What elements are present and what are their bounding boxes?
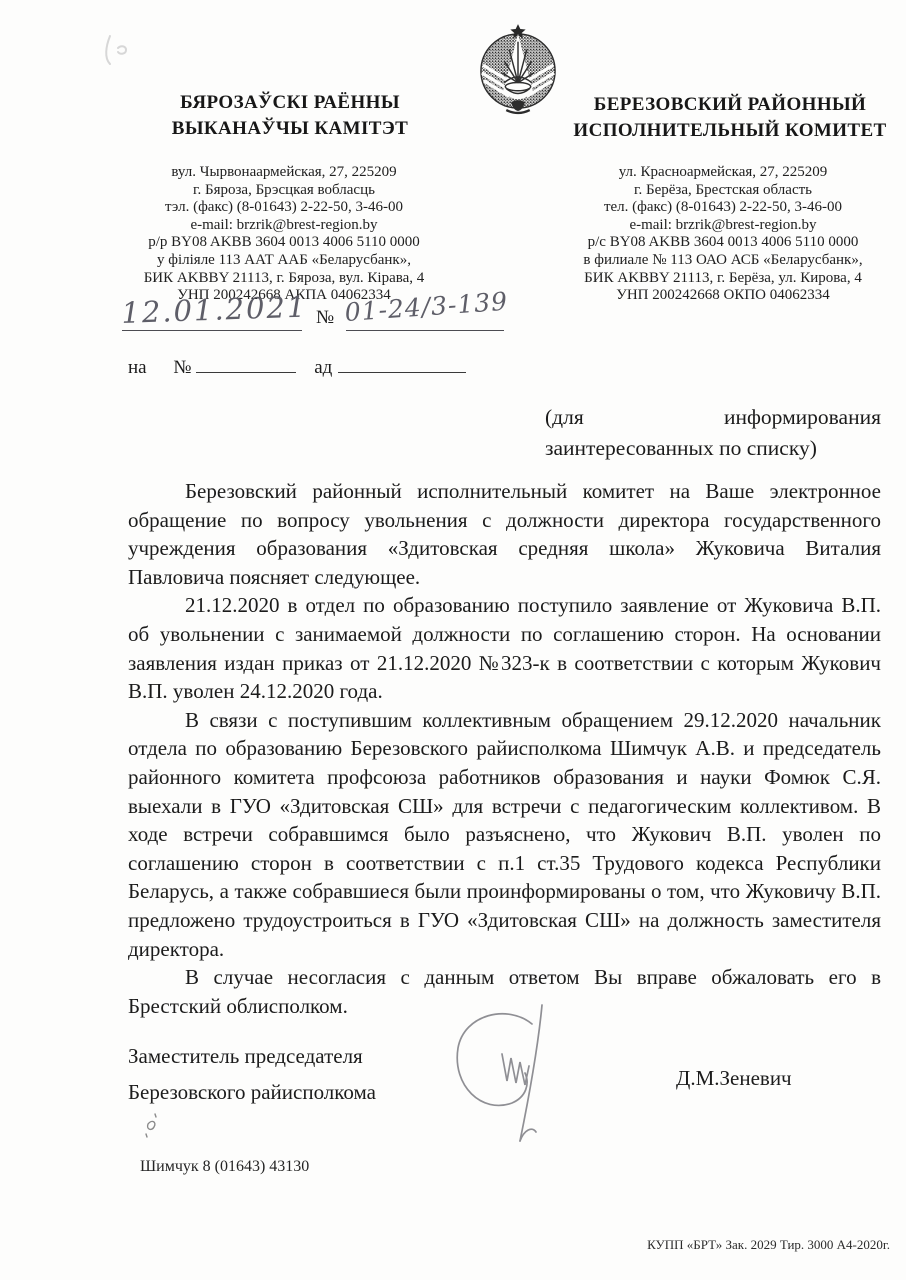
addr-line: г. Берёза, Брестская область: [540, 182, 906, 200]
body-paragraph-1: Березовский районный исполнительный коми…: [128, 477, 881, 591]
scanned-letter-page: БЯРОЗАЎСКІ РАЁННЫ ВЫКАНАЎЧЫ КАМІТЭТ БЕРЕ…: [0, 0, 906, 1280]
reply-number-blank: [196, 352, 296, 373]
signer-title-line1: Заместитель председателя: [128, 1038, 376, 1074]
address-block-belarusian: вул. Чырвонаармейская, 27, 225209 г. Бяр…: [98, 164, 470, 305]
print-imprint: КУПП «БРТ» Зак. 2029 Тир. 3000 А4-2020г.: [556, 1237, 890, 1253]
recipient-line1-left: (для: [545, 402, 584, 433]
org-left-line1: БЯРОЗАЎСКІ РАЁННЫ: [116, 90, 464, 116]
number-sign-label: №: [316, 307, 334, 331]
addr-line: вул. Чырвонаармейская, 27, 225209: [98, 164, 470, 182]
addr-line: БИК AKBBY 21113, г. Бяроза, вул. Кірава,…: [98, 270, 470, 288]
body-paragraph-2: 21.12.2020 в отдел по образованию поступ…: [128, 591, 881, 705]
addr-line: р/р BY08 AKBB 3604 0013 4006 5110 0000: [98, 234, 470, 252]
scan-artifact-top-left: [96, 8, 166, 78]
addr-line: БИК AKBBY 21113, г. Берёза, ул. Кирова, …: [540, 270, 906, 288]
signer-title: Заместитель председателя Березовского ра…: [128, 1038, 376, 1110]
handwritten-date: 12.01.2021: [121, 290, 308, 330]
recipient-line1: (для информирования: [545, 402, 881, 433]
addr-line: УНП 200242668 ОКПО 04062334: [540, 287, 906, 305]
recipient-note: (для информирования заинтересованных по …: [545, 402, 881, 464]
reply-reference-row: на № ад: [128, 352, 466, 379]
handwritten-number-field: 01-24/3-139: [346, 301, 504, 331]
addr-line: тел. (факс) (8-01643) 2-22-50, 3-46-00: [540, 199, 906, 217]
reply-ad-label: ад: [314, 357, 332, 378]
address-block-russian: ул. Красноармейская, 27, 225209 г. Берёз…: [540, 164, 906, 305]
reference-row: 12.01.2021 № 01-24/3-139: [122, 296, 504, 331]
letter-body: Березовский районный исполнительный коми…: [128, 477, 881, 1020]
handwritten-signature: [436, 1002, 572, 1144]
handwritten-date-field: 12.01.2021: [122, 296, 302, 331]
addr-line: у філіяле 113 ААТ ААБ «Беларусбанк»,: [98, 252, 470, 270]
addr-line: г. Бяроза, Брэсцкая вобласць: [98, 182, 470, 200]
reply-number-sign: №: [173, 357, 191, 378]
signer-name: Д.М.Зеневич: [676, 1066, 792, 1091]
scan-artifact-pen-mark: [138, 1108, 168, 1144]
addr-line: в филиале № 113 ОАО АСБ «Беларусбанк»,: [540, 252, 906, 270]
reply-date-blank: [338, 352, 466, 373]
addr-line: тэл. (факс) (8-01643) 2-22-50, 3-46-00: [98, 199, 470, 217]
org-name-russian: БЕРЕЗОВСКИЙ РАЙОННЫЙ ИСПОЛНИТЕЛЬНЫЙ КОМИ…: [552, 92, 906, 144]
addr-line: ул. Красноармейская, 27, 225209: [540, 164, 906, 182]
org-right-line2: ИСПОЛНИТЕЛЬНЫЙ КОМИТЕТ: [552, 118, 906, 144]
org-name-belarusian: БЯРОЗАЎСКІ РАЁННЫ ВЫКАНАЎЧЫ КАМІТЭТ: [116, 90, 464, 142]
recipient-line2: заинтересованных по списку): [545, 433, 881, 464]
addr-line: р/с BY08 AKBB 3604 0013 4006 5110 0000: [540, 234, 906, 252]
body-paragraph-3: В связи с поступившим коллективным обращ…: [128, 706, 881, 963]
belarus-coat-of-arms-icon: [477, 22, 559, 120]
executor-contact: Шимчук 8 (01643) 43130: [140, 1158, 309, 1176]
reply-na-label: на: [128, 357, 147, 378]
org-right-line1: БЕРЕЗОВСКИЙ РАЙОННЫЙ: [552, 92, 906, 118]
addr-line: e-mail: brzrik@brest-region.by: [540, 217, 906, 235]
signer-title-line2: Березовского райисполкома: [128, 1074, 376, 1110]
recipient-line1-right: информирования: [724, 402, 881, 433]
org-left-line2: ВЫКАНАЎЧЫ КАМІТЭТ: [116, 116, 464, 142]
addr-line: e-mail: brzrik@brest-region.by: [98, 217, 470, 235]
